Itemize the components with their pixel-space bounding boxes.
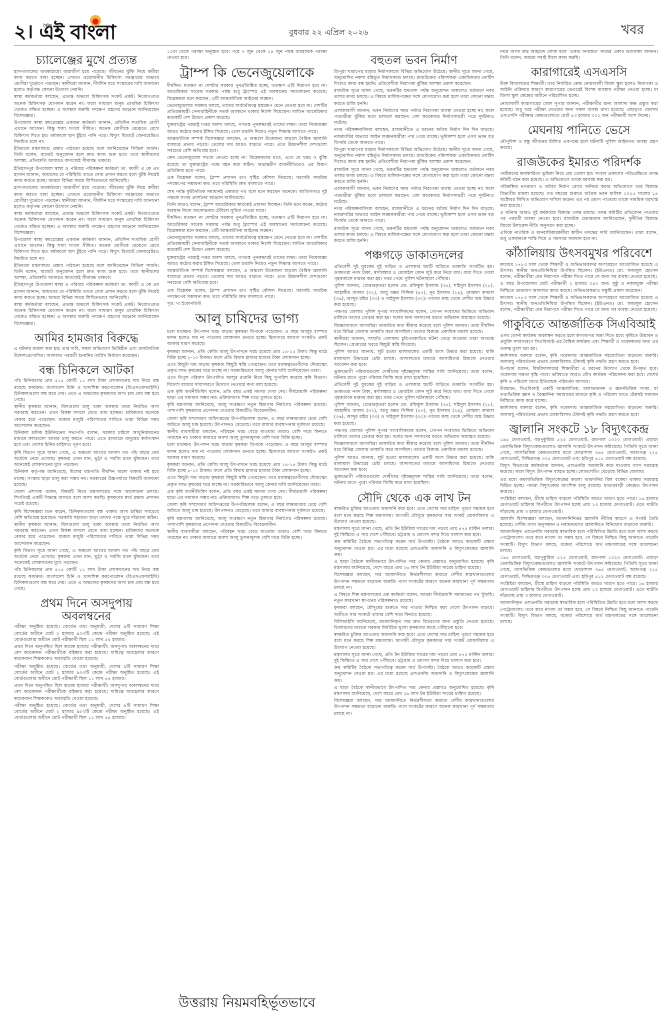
headline: ট্রাম্প কি ভেনেজুয়েলাকে [167,66,327,81]
section-title: খবর [621,21,644,42]
paragraph: পর্যটকদের কার্যকারিতা ভূমিকা নিয়ে প্রশ্… [500,172,658,184]
paragraph: বিদ্যুৎ বিভাগের কর্মকর্তারা জানান, এলএনজ… [500,464,658,476]
paragraph: ১০টা থেকে পরীক্ষা অনুষ্ঠিত হবে। পরে ৭ জু… [167,50,327,62]
paragraph: ইতিহাসপুর উপজেলা স্বাস্থ্য ও পরিবার পরিক… [14,167,159,186]
paragraph: ভেনেজুয়েলার সরকার বলছে, তাদের সার্বভৌমত… [167,236,327,255]
paragraph: যুক্তরাষ্ট্রের পররাষ্ট্র দপ্তর অবশ্য বলছ… [167,256,327,268]
paragraph: কৃষকরা জানান, প্রতি কেজি আলু উৎপাদনে খরচ… [167,463,327,475]
paragraph: চলে যাচ্ছেন। উৎপাদন খরচ বাড়ায় কৃষকরা ব… [167,330,327,349]
paragraph: যুক্তরাষ্ট্রের পররাষ্ট্র দপ্তর অবশ্য বলছ… [167,123,327,135]
paragraph: এ ছাড়া বৈঠকে স্থানীয়ভাবে উৎপাদিত সার ক… [334,560,494,572]
paragraph: বিসিআইসি জানিয়েছে, আমদানিকৃত সার দ্রুত … [334,620,494,632]
paragraph: এ ছাড়া বৈঠকে স্থানীয়ভাবে উৎপাদিত সার ক… [334,686,494,698]
paragraph: পাঁচ চিনিকলের প্রায় ৫১৫ কোটি ১১ লাখ টাক… [14,568,159,593]
paragraph: ভুক্তভোগী পরিবারগুলো দোষীদের দৃষ্টান্তমূ… [334,475,494,487]
paragraph: রাজউক সূত্রে জানা গেছে, ভবনটির ছয়তলা পর… [334,227,494,246]
paragraph: প্রথম দিনে অনুপস্থিত ছিল কয়েক হাজার পরী… [14,684,159,703]
paragraph: সংশ্লিষ্টরা বলছেন, গ্রীষ্মে চাহিদা বাড়ল… [500,497,658,516]
article-trump-venezuela: ট্রাম্প কি ভেনেজুয়েলাকে দীর্ঘদিন। যতক্ষ… [167,66,327,308]
paragraph: উক্ত বিদ্যালয়ের শিক্ষার্থী। তার নির্ধার… [500,82,658,101]
headline: জ্বালানি সংকটে ১৮ বিদ্যুৎকেন্দ্র [500,423,658,436]
paragraph: পরীক্ষা অনুষ্ঠিত হয়েছে। বোর্ডের তথ্য অন… [14,625,159,644]
paragraph: এ ঘটনায় আরও দুই কর্মকর্তার বিরুদ্ধে তদন… [500,211,658,230]
paragraph: রাজউক সূত্রে জানা গেছে, ভবনটির ছয়তলা পর… [334,89,494,108]
paragraph: পরীক্ষা অনুষ্ঠিত হয়েছে। বোর্ডের তথ্য অন… [14,665,159,684]
paragraph: কৃষি বিভাগ সূত্রে জানা গেছে, এ অঞ্চলে আখ… [14,549,159,568]
headline: চ্যালেঞ্জের মুখে প্রত্যন্ত [14,54,159,67]
article-saudi-fertilizer: সৌদি থেকে এক লাখ টন স্বাক্ষরিত চুক্তির আ… [334,492,494,718]
paragraph: এ ঘটনায় মামলা করা হয়। তার দাবি, সকল অভ… [14,347,159,359]
paragraph: এদিকে নাগরিক ও মানবাধিকারকর্মীরা স্বাধীন… [500,231,658,243]
paragraph: এসব তোর্না কার্যক্রম অবলম্বন করতে হলে কা… [500,334,658,353]
paragraph: হাসপাতালের অবকাঠামো জরাজীর্ণ হয়ে পড়েছে… [14,70,159,95]
masthead: ২। দৈনিক এই বাংলা বুধবার ২২ এপ্রিল ২০২৬ … [14,20,654,46]
paragraph: চলে যাচ্ছেন। উৎপাদন খরচ বাড়ায় কৃষকরা ব… [167,443,327,462]
paragraph: পরিকল্পিত নগরায়ণ ও অবৈধ নির্মাণ রোধে অন… [500,185,658,210]
paragraph: কৃষি মন্ত্রণালয় জানিয়েছে, আলু সংরক্ষণে… [167,517,327,529]
paragraph: ত্রিপুরা খারাপের বাড়ার নির্মাণকাজে বিভি… [334,148,494,167]
paragraph: স্বাস্থ্য কর্মকর্তারা বলছেন, প্রত্যন্ত অ… [14,303,159,328]
paragraph: আমদানিকৃত এলএনজি সরবরাহ স্বাভাবিক হলে পর… [500,530,658,555]
paragraph: কৃষি মন্ত্রণালয় জানিয়েছে, আলু সংরক্ষণে… [167,403,327,415]
article-meghna-floating: মেঘনায় পানিতে ভেসে নৌপুলিশ ও বন্ধু জীবন… [500,124,658,152]
paragraph: পরীক্ষা অনুষ্ঠিত হয়েছে। বোর্ডের তথ্য অন… [14,704,159,723]
article-power-plants: জ্বালানি সংকটে ১৮ বিদ্যুৎকেন্দ্র ১৯৫ মেগ… [500,423,658,627]
paragraph: চিনিকল কর্তৃপক্ষ জানিয়েছে, মিলের যন্ত্র… [14,470,159,489]
paragraph: পঞ্চগড় জেলার পুলিশ সুপার সাংবাদিকদের বল… [334,310,494,322]
paragraph: কর্মশালায় বক্তারা বলেন, কৃষি গবেষণায় আ… [500,406,658,418]
paragraph: পঞ্চগড় জেলার পুলিশ সুপার সাংবাদিকদের বল… [334,429,494,441]
headline: বহুতল ভবন নির্মাণ [334,54,494,67]
paragraph: মন্ত্রণালয় সূত্রে জানা গেছে, প্রতি টন ই… [334,527,494,539]
paragraph: স্থানীয় কৃষকরা জানান, মিলগুলো চালু থাকা… [14,405,159,430]
headline: আলু চাষিদের ভাগ্য [167,312,327,327]
article-prison-ssc: কারাগারেই এসএসসি উক্ত বিদ্যালয়ের শিক্ষা… [500,66,658,120]
paragraph: এ বছর উপজেলায় মোট পরীক্ষার্থী ২ হাজার ৩… [500,282,658,294]
article-first-day-exam: প্রথম দিনে অসদুপায় অবলম্বনের পরীক্ষা অন… [14,597,159,722]
paragraph: নৌপুলিশ ও বন্ধু জীবনের মিলিত একপক্ষে হলে… [500,140,658,152]
paragraph: নোয়াখালী কারাগারের জেল সুপার জানান, পরী… [500,102,658,121]
paragraph: স্বাক্ষরিত চুক্তির আওতায় আমদানি করা হবে… [334,507,494,526]
paragraph: জেলা কৃষি সম্প্রসারণ অধিদপ্তরের উপপরিচাল… [167,417,327,429]
paragraph: ইতিমধ্যে মন্ত্রণালয়ে প্রস্তাব পাঠানো হয… [14,147,159,166]
article-building-construction: বহুতল ভবন নির্মাণ ত্রিপুরা খারাপের বাড়া… [334,54,494,245]
paragraph: পুলিশ আরও জানায়, লুট হওয়া মালামালের এক… [334,350,494,369]
article-gakubi-cabi: গাকুবিতে আন্তর্জাতিক সিএবিআই এসব তোর্না … [500,318,658,418]
paragraph: পুলিশ জানায়, গ্রেপ্তারকৃতরা হলেন মো. রফ… [334,403,494,428]
article-potato-farmers: আলু চাষিদের ভাগ্য চলে যাচ্ছেন। উৎপাদন খর… [167,312,327,542]
paragraph: কাজেম ১৭৮৩ সাল থেকে শিক্ষার্থী ও অভিভাবক… [500,263,658,282]
headline: গাকুবিতে আন্তর্জাতিক সিএবিআই [500,318,658,331]
paragraph: স্থানীয় ব্যবসায়ীরা বলছেন, পরিবহন খরচ ব… [167,430,327,442]
paragraph: প্রতিবেশী দুই যুবকের দুই বাড়ির ও এলাকার… [334,265,494,284]
paragraph: ইতিহাসপুর উপজেলা স্বাস্থ্য ও পরিবার পরিক… [14,283,159,302]
paragraph: আমদানিকৃত এলএনজি সরবরাহ স্বাভাবিক হলে পর… [500,601,658,626]
paragraph: উপজেলা স্বাস্থ্য কমপ্লেক্সের একজন কর্মকর… [14,121,159,146]
paragraph: সংশ্লিষ্টরা বলছেন, গ্রীষ্মে চাহিদা বাড়ল… [500,582,658,601]
paragraph: এক কৃষি অর্থনীতিবিদ বলেন, প্রতি বছর একই … [167,490,327,502]
headline: বন্ধ চিনিকলে আটকা [14,364,159,377]
article-rajuk-inspector: রাজউকের ইমারত পরিদর্শক পর্যটকদের কার্যকা… [500,156,658,243]
paragraph: পুলিশ আরও জানায়, লুট হওয়া মালামালের এক… [334,456,494,475]
paragraph: মন্ত্রণালয় সূত্রে জানা গেছে, প্রতি টন ই… [334,653,494,665]
column-3: বহুতল ভবন নির্মাণ ত্রিপুরা খারাপের বাড়া… [334,50,494,1020]
paragraph: রাজউক সূত্রে জানা গেছে, ভবনটির ছয়তলা পর… [334,168,494,187]
logo-tagline: দৈনিক [43,16,52,36]
column-1: চ্যালেঞ্জের মুখে প্রত্যন্ত হাসপাতালের অব… [14,50,159,1020]
issue-date: বুধবার ২২ এপ্রিল ২০২৬ [289,27,368,40]
column-2: ১০টা থেকে পরীক্ষা অনুষ্ঠিত হবে। পরে ৭ জু… [167,50,327,1020]
paragraph: স্থানীয় ব্যবসায়ীরা বলছেন, পরিবহন খরচ ব… [167,530,327,542]
source-credit: সূত্র: দ্য ইকোনমিস্ট [167,302,327,308]
paragraph: পাঁচ চিনিকলের প্রায় ৫১৫ কোটি ১১ লাখ টাক… [14,379,159,404]
paragraph: উদ্বোধন, সিএবিআই একটি আন্তর্জাতিক, অলাভজ… [500,387,658,406]
paragraph: এর মধ্যে কয়লাভিত্তিক বিদ্যুৎকেন্দ্রের ক… [500,478,658,497]
paragraph: কৃষকরা বলছেন, মৌসুমের শুরুতে সার পাওয়া … [334,606,494,618]
headline-uttara: উত্তরায় নিয়মবহির্ভূতভাবে [167,996,327,1011]
paragraph: এক বিশ্লেষক বলেন, ট্রাম্প প্রশাসন চাপ সৃ… [167,289,327,301]
paragraph: চিনিকল শ্রমিক ইউনিয়নের সভাপতি বলেন, সরক… [14,431,159,450]
headline: মেঘনায় পানিতে ভেসে [500,124,658,137]
paragraph: ক্রয় কমিটির বৈঠকে সভাপতিত্ব করেন অর্থ উ… [334,540,494,559]
headline: পঞ্চগড়ে ডাকাতদলের [334,249,494,262]
page-number: ২। [14,22,33,42]
paragraph: দীর্ঘদিন। যতক্ষণ না দেশটার সরকার পুনর্প্… [167,84,327,103]
paragraph: এক বিশ্লেষক বলেন, ট্রাম্প প্রশাসন চাপ সৃ… [167,176,327,188]
paragraph: কৃষি বিশেষজ্ঞরা মনে করেন, চিনিকলগুলো বন্… [14,510,159,522]
headline: কারাগারেই এসএসসি [500,66,658,79]
paragraph: ক্রয় কমিটির বৈঠকে সভাপতিত্ব করেন অর্থ উ… [334,666,494,685]
paragraph: ভেনেজুয়েলার সরকার বলছে, তাদের সার্বভৌমত… [167,104,327,123]
paragraph: নগর পরিকল্পনাবিদরা বলছেন, রাজধানীতে এ ধর… [334,207,494,226]
paragraph: জিজ্ঞাসাবাদে আসামিরা ডাকাতির কথা স্বীকার… [334,324,494,336]
paragraph: উপাচার্য বলেন, বিশ্ববিদ্যালয়ের শিক্ষার্… [500,367,658,386]
paragraph: স্বাস্থ্য কর্মকর্তারা বলছেন, প্রত্যন্ত অ… [14,212,159,237]
article-amir-hamza: আমির হামজার বিরুদ্ধে এ ঘটনায় মামলা করা … [14,332,159,360]
paragraph: এতে কিছুটা দাম বাড়ায় কৃষকরা কিছুটা স্ব… [167,476,327,488]
paragraph: বিশেষজ্ঞরা বলছেন, সার আমদানিতে নির্ভরশীল… [334,573,494,592]
paragraph: ত্রিপুরা খারাপের বাড়ার নির্মাণকাজে বিভি… [334,70,494,89]
paragraph: জেলা কৃষি সম্প্রসারণ অধিদপ্তরের উপপরিচাল… [167,503,327,515]
paragraph: এলাকাবাসী জানান, ভবন নির্মাণের সময় পর্য… [334,109,494,128]
paragraph: কর্মশালায় বক্তারা বলেন, কৃষি গবেষণায় আ… [500,354,658,366]
column-4: নিয়ে আসা রুদ্র আহমেদ লোক বলে 'একটি নিবন… [500,50,658,1020]
paragraph: স্বাক্ষরিত চুক্তির আওতায় আমদানি করা হবে… [334,633,494,652]
paragraph: কৃষি বিভাগ সূত্রে জানা গেছে, এ অঞ্চলে আখ… [14,451,159,470]
article-sugar-mill: বন্ধ চিনিকলে আটকা পাঁচ চিনিকলের প্রায় ৫… [14,364,159,593]
paragraph: জেলা প্রশাসক বলেন, বিষয়টি নিয়ে মন্ত্রণ… [14,490,159,509]
paragraph: এতে বিপুল পরিমাণ উৎপাদিত আলুর রপ্তানি নি… [167,376,327,388]
paragraph: নিয়ে আসা রুদ্র আহমেদ লোক বলে 'একটি নিবন… [500,50,658,62]
paragraph: এতে কিছুটা দাম বাড়ায় কৃষকরা কিছুটা স্ব… [167,363,327,375]
paragraph: এলাকাবাসী জানান, ভবন নির্মাণের সময় পর্য… [334,187,494,206]
paragraph: তিনি আরও বলেন, ট্রাম্প আমেরিকার স্বার্থক… [167,203,327,215]
paragraph: স্থানীয়রা জানান, সম্প্রতি এলাকায় চুরি-… [334,337,494,349]
paragraph: এ বিষয়ে শিল্প মন্ত্রণালয়ের এক কর্মকর্ত… [334,593,494,605]
paragraph: শেষ পর্যন্ত কূটনৈতিক সমাধানই একমাত্র পথ … [167,190,327,202]
paragraph: হাসপাতালের অবকাঠামো জরাজীর্ণ হয়ে পড়েছে… [14,186,159,211]
paragraph: স্বাস্থ্য কর্মকর্তারা বলছেন, প্রত্যন্ত অ… [14,95,159,120]
paragraph: স্থানীয় কৃষকরা জানান, মিলগুলো চালু থাকা… [14,523,159,548]
article-challenge: চ্যালেঞ্জের মুখে প্রত্যন্ত হাসপাতালের অব… [14,54,159,328]
newspaper-logo: দৈনিক এই বাংলা [39,22,115,42]
article-panchagarh-robbers: পঞ্চগড়ে ডাকাতদলের প্রতিবেশী দুই যুবকের … [334,249,494,488]
paragraph: প্রতিবেশী দুই যুবকের দুই বাড়ির ও এলাকার… [334,383,494,402]
paragraph: ১৯৫ মেগাওয়াট, বড়পুকুরিয়া ৫২৫ মেগাওয়া… [500,438,658,463]
paragraph: এক কৃষি অর্থনীতিবিদ বলেন, প্রতি বছর একই … [167,390,327,402]
headline: প্রথম দিনে অসদুপায় অবলম্বনের [14,597,159,622]
paragraph: কৃষকরা জানান, প্রতি কেজি আলু উৎপাদনে খরচ… [167,350,327,362]
headline: সৌদি থেকে এক লাখ টন [334,492,494,505]
paragraph: ১৯৫ মেগাওয়াট, বড়পুকুরিয়া ৫২৫ মেগাওয়া… [500,556,658,581]
paragraph: কাজেম ১৭৮৩ সাল থেকে শিক্ষার্থী ও অভিভাবক… [500,296,658,315]
paragraph: পুলিশ জানায়, গ্রেপ্তারকৃতরা হলেন মো. রফ… [334,284,494,309]
paragraph: জিজ্ঞাসাবাদে আসামিরা ডাকাতির কথা স্বীকার… [334,442,494,454]
headline: কাঁঠালিয়ায় উৎসবমুখর পরিবেশে [500,247,658,260]
paragraph: ভুক্তভোগী পরিবারগুলো দোষীদের দৃষ্টান্তমূ… [334,370,494,382]
headline: রাজউকের ইমারত পরিদর্শক [500,156,658,169]
paragraph: প্রথম দিনে অনুপস্থিত ছিল কয়েক হাজার পরী… [14,645,159,664]
paragraph: দীর্ঘদিন। যতক্ষণ না দেশটার সরকার পুনর্প্… [167,216,327,235]
paragraph: আন্তর্জাতিক সম্পর্ক বিশেষজ্ঞরা বলছেন, এ … [167,137,327,156]
paragraph: নগর পরিকল্পনাবিদরা বলছেন, রাজধানীতে এ ধর… [334,128,494,147]
paragraph: জ্বালানি বিশেষজ্ঞরা বলছেন, আমদানিনির্ভর … [500,517,658,529]
paragraph: ইতিমধ্যে মন্ত্রণালয়ে প্রস্তাব পাঠানো হয… [14,264,159,283]
article-kathalia-festival: কাঁঠালিয়ায় উৎসবমুখর পরিবেশে কাজেম ১৭৮৩… [500,247,658,314]
paragraph: কেন ভেনেজুয়েলা দখলে নেওয়া হচ্ছে না: বি… [167,156,327,175]
paragraph: বিশেষজ্ঞরা বলছেন, সার আমদানিতে নির্ভরশীল… [334,699,494,718]
paragraph: উপজেলা স্বাস্থ্য কমপ্লেক্সের একজন কর্মকর… [14,238,159,263]
headline: আমির হামজার বিরুদ্ধে [14,332,159,345]
paragraph: আন্তর্জাতিক সম্পর্ক বিশেষজ্ঞরা বলছেন, এ … [167,269,327,288]
